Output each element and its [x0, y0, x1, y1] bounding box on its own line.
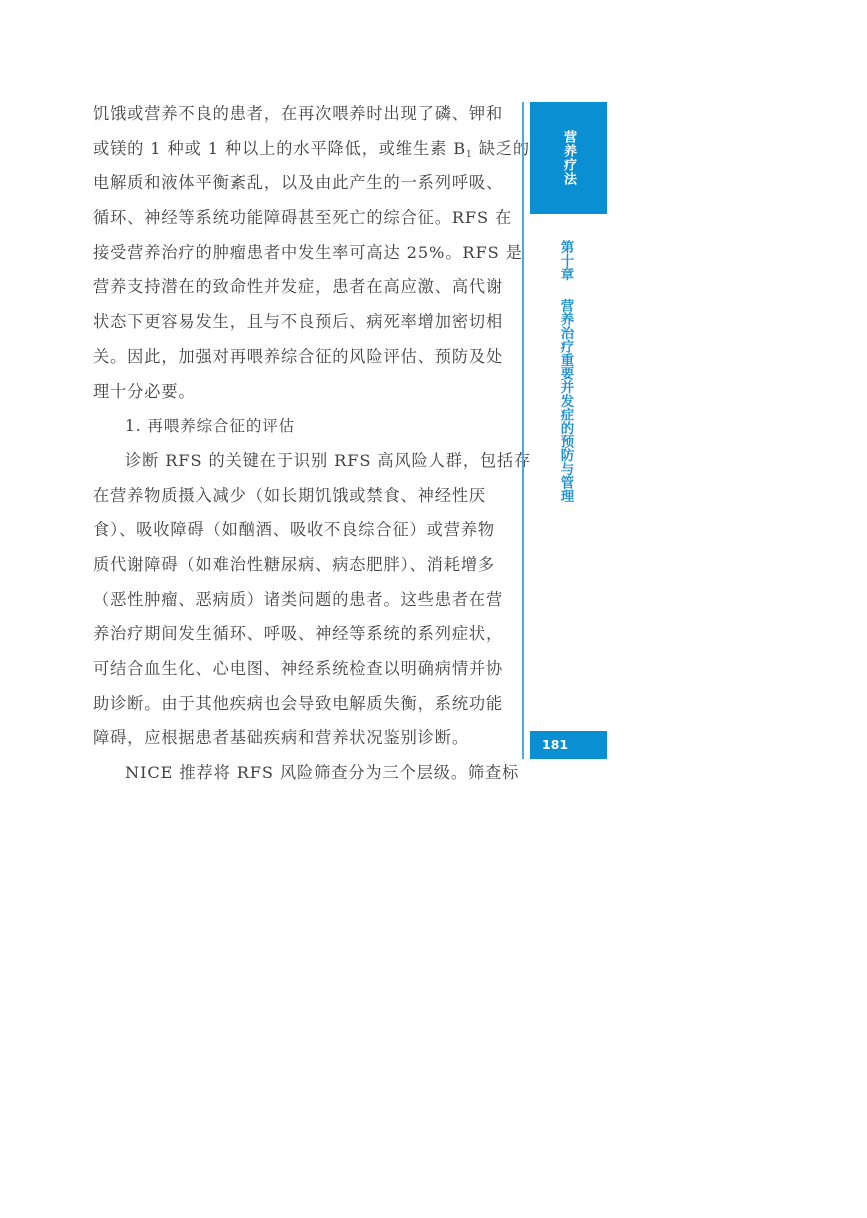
text-line: 接受营养治疗的肿瘤患者中发生率可高达 25%。RFS 是 — [93, 236, 498, 271]
text-line: NICE 推荐将 RFS 风险筛查分为三个层级。筛查标 — [93, 756, 498, 791]
book-page: 饥饿或营养不良的患者，在再次喂养时出现了磷、钾和 或镁的 1 种或 1 种以上的… — [0, 0, 867, 1218]
text-line: 食）、吸收障碍（如酗酒、吸收不良综合征）或营养物 — [93, 513, 498, 548]
body-text: 饥饿或营养不良的患者，在再次喂养时出现了磷、钾和 或镁的 1 种或 1 种以上的… — [93, 97, 498, 791]
page-number: 181 — [542, 737, 568, 752]
chapter-label: 第十章营养治疗重要并发症的预防与管理 — [557, 240, 573, 503]
text-line: 诊断 RFS 的关键在于识别 RFS 高风险人群，包括存 — [93, 444, 498, 479]
text-segment: 或镁的 1 种或 1 种以上的水平降低，或维生素 B — [93, 139, 466, 158]
text-line: 养治疗期间发生循环、呼吸、神经等系统的系列症状， — [93, 617, 498, 652]
section-heading: 1. 再喂养综合征的评估 — [93, 409, 498, 444]
text-line: （恶性肿瘤、恶病质）诸类问题的患者。这些患者在营 — [93, 583, 498, 618]
subscript: 1 — [466, 150, 473, 160]
text-line: 质代谢障碍（如难治性糖尿病、病态肥胖）、消耗增多 — [93, 548, 498, 583]
text-line: 饥饿或营养不良的患者，在再次喂养时出现了磷、钾和 — [93, 97, 498, 132]
text-line: 在营养物质摄入减少（如长期饥饿或禁食、神经性厌 — [93, 479, 498, 514]
text-line: 助诊断。由于其他疾病也会导致电解质失衡，系统功能 — [93, 687, 498, 722]
text-line: 关。因此，加强对再喂养综合征的风险评估、预防及处 — [93, 340, 498, 375]
text-line: 循环、神经等系统功能障碍甚至死亡的综合征。RFS 在 — [93, 201, 498, 236]
section-tab: 营养疗法 — [530, 102, 607, 214]
chapter-title: 营养治疗重要并发症的预防与管理 — [558, 299, 573, 503]
text-line: 障碍，应根据患者基础疾病和营养状况鉴别诊断。 — [93, 721, 498, 756]
text-line: 或镁的 1 种或 1 种以上的水平降低，或维生素 B1 缺乏的 — [93, 132, 498, 167]
text-line: 理十分必要。 — [93, 375, 498, 410]
text-line: 状态下更容易发生，且与不良预后、病死率增加密切相 — [93, 305, 498, 340]
section-title: 营养疗法 — [559, 130, 578, 186]
sidebar-divider — [522, 102, 524, 759]
page-number-badge: 181 — [530, 731, 607, 759]
text-line: 电解质和液体平衡紊乱，以及由此产生的一系列呼吸、 — [93, 166, 498, 201]
chapter-number: 第十章 — [558, 240, 573, 281]
text-line: 营养支持潜在的致命性并发症，患者在高应激、高代谢 — [93, 270, 498, 305]
text-line: 可结合血生化、心电图、神经系统检查以明确病情并协 — [93, 652, 498, 687]
